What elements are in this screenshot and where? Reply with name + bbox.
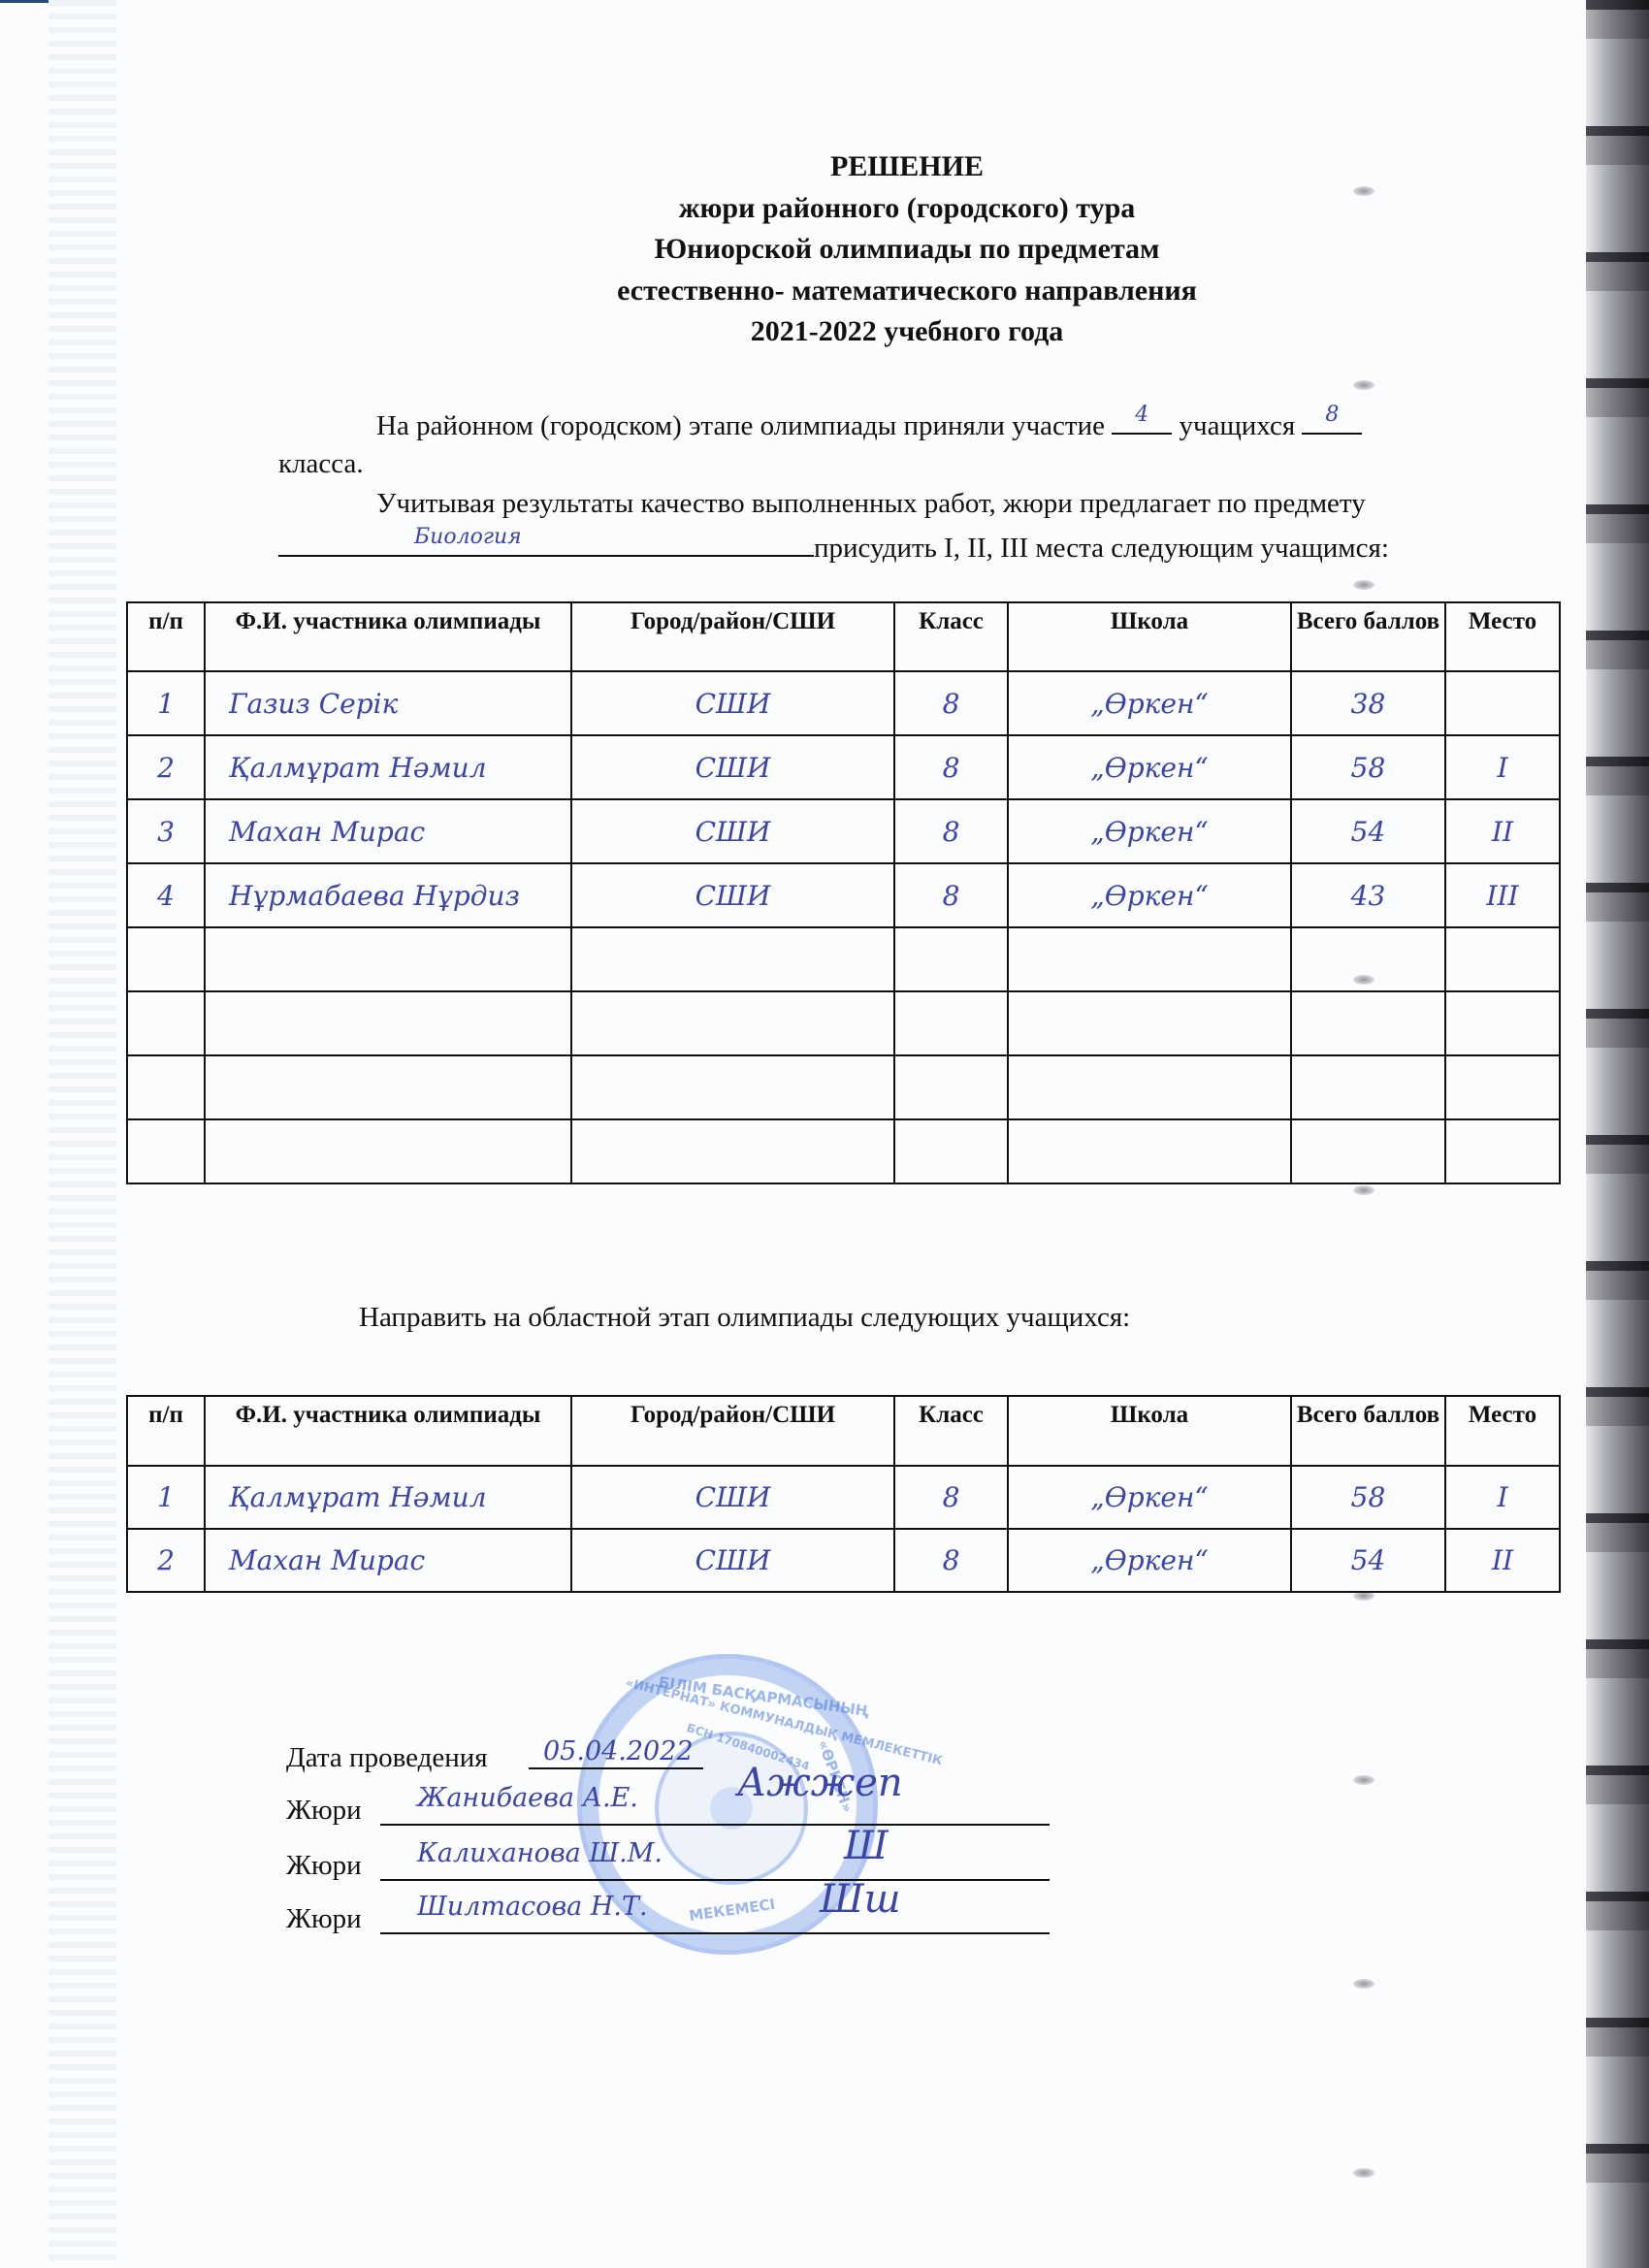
document-heading: РЕШЕНИЕ	[0, 150, 1649, 183]
name-value: Қалмұрат Нәмил	[229, 752, 487, 784]
place-value: I	[1497, 752, 1507, 784]
scan-speck	[1353, 1775, 1374, 1785]
date-value: 05.04.2022	[543, 1736, 694, 1766]
cell-city	[571, 1055, 894, 1119]
grade-value: 8	[943, 752, 960, 784]
name-value: Нұрмабаева Нұрдиз	[229, 880, 520, 912]
jury-signature-field-1[interactable]	[380, 1824, 1050, 1826]
name-value: Газиз Серік	[229, 688, 398, 720]
table-row	[127, 927, 1560, 991]
score-value: 54	[1351, 1544, 1386, 1576]
col-header-score: Всего баллов	[1291, 1396, 1445, 1466]
grade-value: 8	[1302, 403, 1362, 427]
col-header-school: Школа	[1008, 1396, 1291, 1466]
table-row: 4Нұрмабаева НұрдизСШИ8„Өркен“43III	[127, 863, 1560, 927]
cell-name	[205, 927, 571, 991]
cell-grade: 8	[894, 671, 1008, 735]
subject-field[interactable]: Биология	[278, 528, 814, 557]
cell-city: СШИ	[571, 1529, 894, 1592]
cell-city	[571, 991, 894, 1055]
jury-label: Жюри	[286, 1903, 362, 1935]
stamp-text: МЕКЕМЕСІ	[688, 1895, 776, 1925]
city-value: СШИ	[695, 816, 771, 848]
num-value: 4	[157, 880, 175, 912]
cell-name: Нұрмабаева Нұрдиз	[205, 863, 571, 927]
cell-place: I	[1445, 1466, 1560, 1529]
num-value: 2	[157, 1544, 175, 1576]
grade-field[interactable]: 8	[1302, 405, 1362, 435]
place-value: II	[1492, 1544, 1513, 1576]
cell-name: Қалмұрат Нәмил	[205, 1466, 571, 1529]
title-line-1: жюри районного (городского) тура	[0, 192, 1649, 225]
cell-grade: 8	[894, 1529, 1008, 1592]
cell-num	[127, 991, 205, 1055]
cell-place: II	[1445, 799, 1560, 863]
cell-score: 58	[1291, 735, 1445, 799]
score-value: 54	[1351, 816, 1386, 848]
grade-value: 8	[943, 1544, 960, 1576]
scan-edge-mark	[0, 0, 48, 3]
cell-num: 1	[127, 1466, 205, 1529]
cell-score: 54	[1291, 799, 1445, 863]
cell-school	[1008, 1055, 1291, 1119]
city-value: СШИ	[695, 752, 771, 784]
grade-value: 8	[943, 816, 960, 848]
school-value: „Өркен“	[1090, 1481, 1208, 1513]
num-value: 2	[157, 752, 175, 784]
cell-num	[127, 927, 205, 991]
title-line-2: Юниорской олимпиады по предметам	[0, 233, 1649, 266]
cell-place	[1445, 1119, 1560, 1183]
jury-label: Жюри	[286, 1850, 362, 1882]
col-header-name: Ф.И. участника олимпиады	[205, 1396, 571, 1466]
cell-score: 38	[1291, 671, 1445, 735]
jury-name-1: Жанибаева А.Е.	[417, 1783, 638, 1813]
cell-num: 4	[127, 863, 205, 927]
col-header-place: Место	[1445, 602, 1560, 671]
cell-name	[205, 991, 571, 1055]
cell-grade: 8	[894, 735, 1008, 799]
cell-city	[571, 927, 894, 991]
grade-value: 8	[943, 1481, 960, 1513]
table-row: 2Қалмұрат НәмилСШИ8„Өркен“58I	[127, 735, 1560, 799]
cell-place: III	[1445, 863, 1560, 927]
intro-line-3: Учитывая результаты качество выполненных…	[376, 488, 1366, 520]
col-header-school: Школа	[1008, 602, 1291, 671]
col-header-grade: Класс	[894, 1396, 1008, 1466]
participants-count-value: 4	[1112, 403, 1172, 427]
jury-label: Жюри	[286, 1795, 362, 1827]
scan-speck	[1353, 1185, 1374, 1195]
col-header-score: Всего баллов	[1291, 602, 1445, 671]
subject-value: Биология	[414, 525, 814, 549]
school-value: „Өркен“	[1090, 1544, 1208, 1576]
cell-place: I	[1445, 735, 1560, 799]
cell-score	[1291, 1119, 1445, 1183]
cell-grade	[894, 991, 1008, 1055]
intro-text: учащихся	[1179, 410, 1295, 441]
cell-place	[1445, 927, 1560, 991]
cell-city: СШИ	[571, 799, 894, 863]
jury-signature-field-2[interactable]	[380, 1879, 1050, 1881]
table-row	[127, 1119, 1560, 1183]
table-row	[127, 991, 1560, 1055]
participants-count-field[interactable]: 4	[1112, 405, 1172, 435]
cell-name: Махан Мирас	[205, 1529, 571, 1592]
cell-place	[1445, 1055, 1560, 1119]
score-value: 58	[1351, 752, 1386, 784]
cell-name: Қалмұрат Нәмил	[205, 735, 571, 799]
scan-speck	[1353, 380, 1374, 390]
jury-name-2: Калиханова Ш.М.	[417, 1838, 663, 1868]
cell-name: Махан Мирас	[205, 799, 571, 863]
cell-school: „Өркен“	[1008, 1466, 1291, 1529]
jury-signature-3: Шш	[820, 1877, 901, 1922]
winners-table: п/п Ф.И. участника олимпиады Город/район…	[126, 601, 1561, 1184]
cell-school: „Өркен“	[1008, 671, 1291, 735]
cell-score	[1291, 1055, 1445, 1119]
score-value: 38	[1351, 688, 1386, 720]
cell-grade	[894, 1119, 1008, 1183]
title-line-3: естественно- математического направления	[0, 275, 1649, 308]
place-value: II	[1492, 816, 1513, 848]
scan-speck	[1353, 2168, 1374, 2178]
grade-value: 8	[943, 880, 960, 912]
name-value: Қалмұрат Нәмил	[229, 1481, 487, 1513]
jury-signature-2: Ш	[844, 1824, 889, 1868]
table-row: 1Газиз СерікСШИ8„Өркен“38	[127, 671, 1560, 735]
cell-score: 43	[1291, 863, 1445, 927]
city-value: СШИ	[695, 880, 771, 912]
name-value: Махан Мирас	[229, 816, 425, 848]
cell-num: 2	[127, 735, 205, 799]
cell-school	[1008, 1119, 1291, 1183]
cell-num: 1	[127, 671, 205, 735]
regional-heading: Направить на областной этап олимпиады сл…	[359, 1302, 1130, 1334]
name-value: Махан Мирас	[229, 1544, 425, 1576]
num-value: 1	[157, 688, 175, 720]
school-value: „Өркен“	[1090, 880, 1208, 912]
cell-name: Газиз Серік	[205, 671, 571, 735]
date-label: Дата проведения	[286, 1742, 488, 1773]
city-value: СШИ	[695, 688, 771, 720]
cell-num	[127, 1055, 205, 1119]
regional-table: п/п Ф.И. участника олимпиады Город/район…	[126, 1395, 1561, 1593]
table-row: 3Махан МирасСШИ8„Өркен“54II	[127, 799, 1560, 863]
cell-city: СШИ	[571, 735, 894, 799]
col-header-name: Ф.И. участника олимпиады	[205, 602, 571, 671]
cell-grade: 8	[894, 1466, 1008, 1529]
col-header-grade: Класс	[894, 602, 1008, 671]
cell-city: СШИ	[571, 1466, 894, 1529]
cell-school: „Өркен“	[1008, 1529, 1291, 1592]
cell-school: „Өркен“	[1008, 735, 1291, 799]
jury-signature-1: Ажжеп	[737, 1761, 903, 1805]
cell-num	[127, 1119, 205, 1183]
jury-name-3: Шилтасова Н.Т.	[417, 1892, 648, 1922]
cell-score: 58	[1291, 1466, 1445, 1529]
cell-grade	[894, 927, 1008, 991]
col-header-num: п/п	[127, 1396, 205, 1466]
cell-place	[1445, 671, 1560, 735]
table-row: 2Махан МирасСШИ8„Өркен“54II	[127, 1529, 1560, 1592]
cell-city: СШИ	[571, 863, 894, 927]
school-value: „Өркен“	[1090, 816, 1208, 848]
cell-school	[1008, 991, 1291, 1055]
cell-score: 54	[1291, 1529, 1445, 1592]
cell-place: II	[1445, 1529, 1560, 1592]
table-row: 1Қалмұрат НәмилСШИ8„Өркен“58I	[127, 1466, 1560, 1529]
cell-name	[205, 1119, 571, 1183]
city-value: СШИ	[695, 1544, 771, 1576]
date-field[interactable]	[529, 1767, 703, 1769]
grade-value: 8	[943, 688, 960, 720]
cell-score	[1291, 991, 1445, 1055]
city-value: СШИ	[695, 1481, 771, 1513]
place-value: III	[1486, 880, 1518, 912]
school-value: „Өркен“	[1090, 688, 1208, 720]
cell-score	[1291, 927, 1445, 991]
cell-school: „Өркен“	[1008, 863, 1291, 927]
table-header-row: п/п Ф.И. участника олимпиады Город/район…	[127, 1396, 1560, 1466]
school-value: „Өркен“	[1090, 752, 1208, 784]
cell-grade: 8	[894, 863, 1008, 927]
cell-city: СШИ	[571, 671, 894, 735]
col-header-place: Место	[1445, 1396, 1560, 1466]
num-value: 3	[157, 816, 175, 848]
table-row	[127, 1055, 1560, 1119]
place-value: I	[1497, 1481, 1507, 1513]
score-value: 58	[1351, 1481, 1386, 1513]
jury-signature-field-3[interactable]	[380, 1932, 1050, 1934]
intro-line-1: На районном (городском) этапе олимпиады …	[376, 405, 1362, 442]
cell-num: 3	[127, 799, 205, 863]
table-header-row: п/п Ф.И. участника олимпиады Город/район…	[127, 602, 1560, 671]
col-header-city: Город/район/СШИ	[571, 602, 894, 671]
intro-line-2: класса.	[278, 448, 364, 480]
scan-speck	[1353, 580, 1374, 590]
intro-text: присудить I, II, III места следующим уча…	[814, 533, 1389, 564]
col-header-num: п/п	[127, 602, 205, 671]
col-header-city: Город/район/СШИ	[571, 1396, 894, 1466]
scan-speck	[1353, 1979, 1374, 1989]
intro-text: На районном (городском) этапе олимпиады …	[376, 410, 1105, 441]
cell-city	[571, 1119, 894, 1183]
score-value: 43	[1351, 880, 1386, 912]
cell-place	[1445, 991, 1560, 1055]
cell-grade	[894, 1055, 1008, 1119]
intro-line-4: Биологияприсудить I, II, III места следу…	[278, 528, 1389, 565]
cell-num: 2	[127, 1529, 205, 1592]
title-line-4: 2021-2022 учебного года	[0, 315, 1649, 348]
num-value: 1	[157, 1481, 175, 1513]
cell-school: „Өркен“	[1008, 799, 1291, 863]
date-row: Дата проведения	[286, 1742, 488, 1774]
cell-name	[205, 1055, 571, 1119]
cell-school	[1008, 927, 1291, 991]
cell-grade: 8	[894, 799, 1008, 863]
